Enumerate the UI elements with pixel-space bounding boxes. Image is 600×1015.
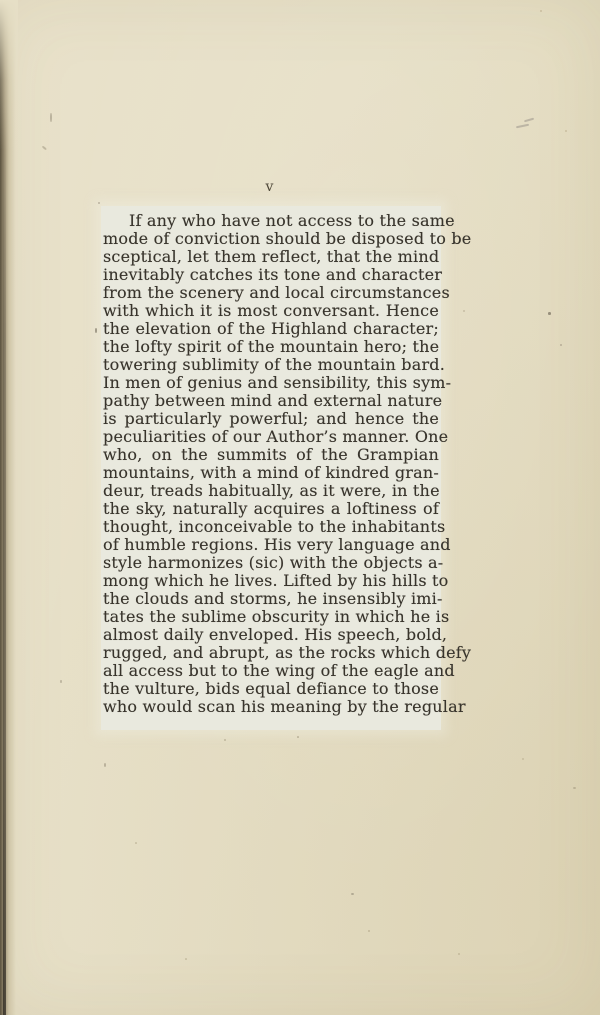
paper-speck [185,958,187,960]
paper-speck [50,113,52,122]
text-line: almost daily enveloped. His speech, bold… [103,626,439,644]
text-line: the elevation of the Highland character; [103,320,439,338]
text-line: from the scenery and local circumstances [103,284,439,302]
paper-speck [540,10,542,12]
text-line: towering sublimity of the mountain bard. [103,356,439,374]
paper-speck [42,146,47,150]
text-line: mong which he lives. Lifted by his hills… [103,572,439,590]
text-line: sceptical, let them reflect, that the mi… [103,248,439,266]
text-line: inevitably catches its tone and characte… [103,266,439,284]
text-line: is particularly powerful; and hence the [103,410,439,428]
paper-speck [351,893,354,895]
text-line: the sky, naturally acquires a loftiness … [103,500,439,518]
paper-speck [95,328,97,333]
paper-speck [522,758,524,760]
text-line: of humble regions. His very language and [103,536,439,554]
paper-speck [548,312,551,315]
paper-speck [224,739,226,741]
page-number: v [101,179,439,195]
scanned-book-page: v If any who have not access to the same… [0,0,600,1015]
paper-speck [297,736,299,738]
text-line: deur, treads habitually, as it were, in … [103,482,439,500]
paper-speck [98,202,100,204]
text-line: who, on the summits of the Grampian [103,446,439,464]
text-line: the vulture, bids equal defiance to thos… [103,680,439,698]
paper-speck [60,680,62,683]
paper-speck [573,787,576,789]
book-spine-shadow [0,0,18,1015]
pencil-stroke [524,118,534,122]
text-line: who would scan his meaning by the regula… [103,698,439,716]
text-line: In men of genius and sensibility, this s… [103,374,439,392]
text-line: pathy between mind and external nature [103,392,439,410]
paper-speck [458,953,460,955]
text-line: peculiarities of our Author’s manner. On… [103,428,439,446]
text-line: style harmonizes (sic) with the objects … [103,554,439,572]
paper-speck [368,930,370,932]
text-line: thought, inconceivable to the inhabitant… [103,518,439,536]
page-text-block: If any who have not access to the samemo… [101,206,441,730]
text-line: the lofty spirit of the mountain hero; t… [103,338,439,356]
pencil-stroke [516,124,529,128]
text-line: mountains, with a mind of kindred gran- [103,464,439,482]
text-lines: If any who have not access to the samemo… [103,212,439,716]
paper-speck [463,310,465,312]
text-line: all access but to the wing of the eagle … [103,662,439,680]
text-line: mode of conviction should be disposed to… [103,230,439,248]
text-line: the clouds and storms, he insensibly imi… [103,590,439,608]
paper-speck [565,130,567,132]
text-line: with which it is most conversant. Hence [103,302,439,320]
text-line: tates the sublime obscurity in which he … [103,608,439,626]
text-line: rugged, and abrupt, as the rocks which d… [103,644,439,662]
paper-speck [560,344,562,346]
text-line: If any who have not access to the same [103,212,439,230]
paper-speck [135,842,137,844]
paper-speck [104,763,106,767]
